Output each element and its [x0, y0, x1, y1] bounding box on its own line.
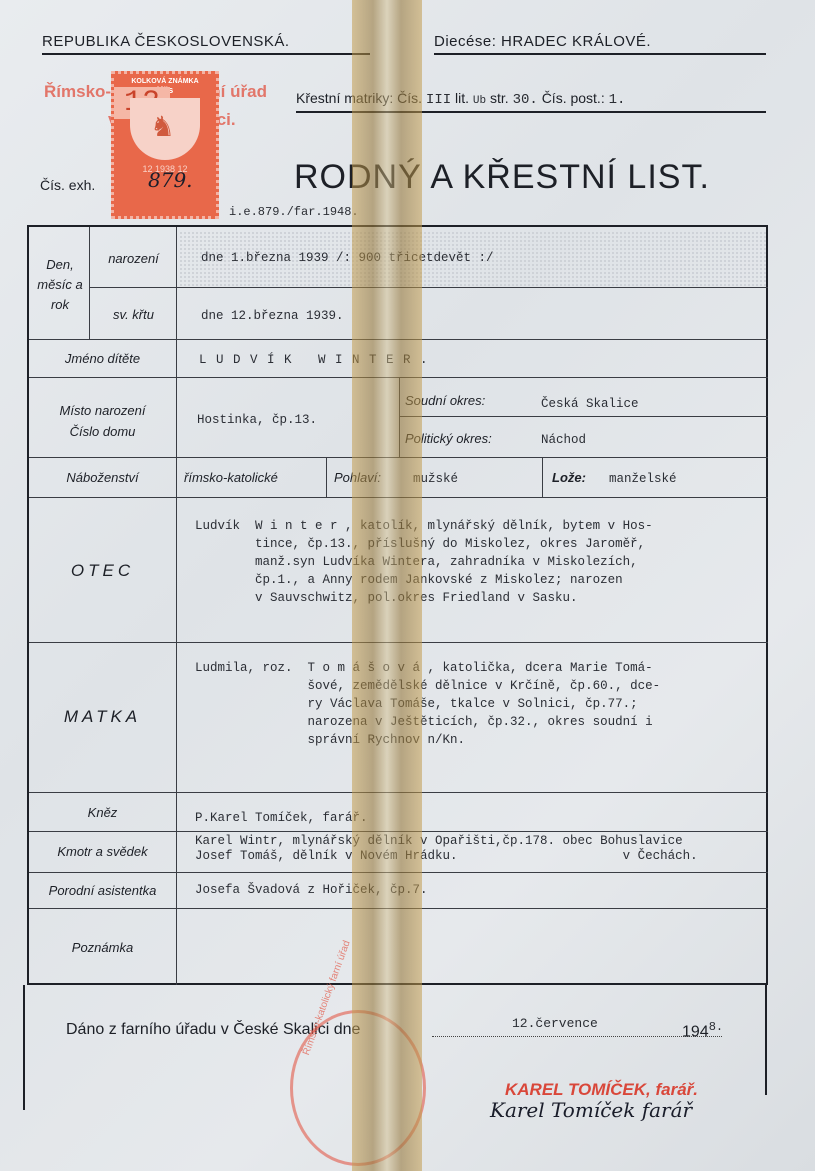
tax-stamp: KOLKOVÁ ZNÁMKA 12 Kčs ♞ 12 1938 12 [111, 71, 219, 219]
register-volume: III [426, 92, 451, 108]
mother-line: správní Rychnov n/Kn. [195, 731, 660, 749]
father-line: manž.syn Ludvíka Wintera, zahradníka v M… [195, 553, 653, 571]
date-dotted-line [432, 1036, 722, 1037]
mother-line: narozena v Ještěticích, čp.32., okres so… [195, 713, 660, 731]
birth-value: dne 1.března 1939 /: 900 třicetdevět :/ [201, 249, 494, 267]
tax-stamp-top-text: KOLKOVÁ ZNÁMKA [114, 78, 216, 85]
header-underline [434, 53, 766, 55]
diocese-label: Diecése: [434, 33, 496, 50]
birth-label: narození [91, 251, 176, 266]
footer-frame-right [765, 985, 767, 1095]
year-suffix: 8. [709, 1020, 723, 1034]
birthplace-label: Místo narození [29, 403, 176, 418]
mother-details: Ludmila, roz. T o m á š o v á , katoličk… [195, 659, 660, 749]
godparent-line: Josef Tomáš, dělník v Novém Hrádku. v Če… [195, 849, 698, 864]
page-label: str. [490, 90, 509, 106]
father-details: Ludvík W i n t e r , katolík, mlynářský … [195, 517, 653, 607]
page-value: 30. [513, 92, 538, 108]
exh-number-handwritten: 879. [148, 168, 193, 192]
mother-label: MATKA [29, 707, 176, 727]
header-underline [42, 53, 370, 55]
political-district-value: Náchod [541, 431, 586, 449]
lit-label: lit. [455, 90, 469, 106]
legitimacy-label: Lože: [552, 470, 586, 485]
house-number-label: Číslo domu [29, 424, 176, 439]
reference-number: i.e.879./far.1948. [229, 205, 359, 219]
baptism-label: sv. křtu [91, 307, 176, 322]
register-line: Křestní matriky: Čís. III lit. Ub str. 3… [296, 90, 625, 108]
baptism-value: dne 12.března 1939. [201, 307, 344, 325]
father-line: čp.1., a Anny rodem Jankovské z Miskolez… [195, 571, 653, 589]
mother-line: Ludmila, roz. T o m á š o v á , katoličk… [195, 659, 660, 677]
godparent-label: Kmotr a svědek [29, 844, 176, 859]
priest-value: P.Karel Tomíček, farář. [195, 809, 368, 827]
priest-label: Kněz [29, 805, 176, 820]
footer-frame-left [23, 985, 25, 1110]
signature-stamp: KAREL TOMÍČEK, farář. [505, 1080, 698, 1100]
issue-date: 12.července [512, 1016, 598, 1031]
court-district-value: Česká Skalice [541, 395, 639, 413]
midwife-label: Porodní asistentka [29, 883, 176, 898]
issue-year: 1948. [682, 1020, 723, 1041]
note-label: Poznámka [29, 940, 176, 955]
mother-line: ry Václava Tomáše, tkalce v Solnici, čp.… [195, 695, 660, 713]
godparent-details: Karel Wintr, mlynářský dělník v Opařišti… [195, 834, 698, 864]
post-label: Čís. post.: [542, 90, 605, 106]
signature-handwritten: Karel Tomíček farář [490, 1098, 692, 1122]
lion-emblem-icon: ♞ [130, 98, 200, 160]
father-line: tince, čp.13., příslušný do Miskolez, ok… [195, 535, 653, 553]
birthplace-value: Hostinka, čp.13. [197, 411, 317, 429]
godparent-line: Karel Wintr, mlynářský dělník v Opařišti… [195, 834, 698, 849]
lit-value: Ub [473, 95, 486, 107]
father-line: Ludvík W i n t e r , katolík, mlynářský … [195, 517, 653, 535]
diocese-value: HRADEC KRÁLOVÉ. [501, 33, 651, 50]
year-prefix: 194 [682, 1023, 709, 1040]
legitimacy-value: manželské [609, 470, 677, 488]
republic-heading: REPUBLIKA ČESKOSLOVENSKÁ. [42, 33, 290, 50]
date-group-label: Den, měsíc a rok [31, 255, 89, 315]
mother-line: šové, zemědělské dělnice v Krčíně, čp.60… [195, 677, 660, 695]
father-line: v Sauvschwitz, pol.okres Friedland v Sas… [195, 589, 653, 607]
father-label: OTEC [29, 561, 176, 581]
post-value: 1. [609, 92, 626, 108]
tape-strip [352, 0, 422, 1171]
child-name-label: Jméno dítěte [29, 351, 176, 366]
diocese-line: Diecése: HRADEC KRÁLOVÉ. [434, 33, 651, 50]
religion-value: římsko-katolické [184, 470, 278, 485]
exh-label: Čís. exh. [40, 177, 95, 193]
religion-label: Náboženství [29, 470, 176, 485]
